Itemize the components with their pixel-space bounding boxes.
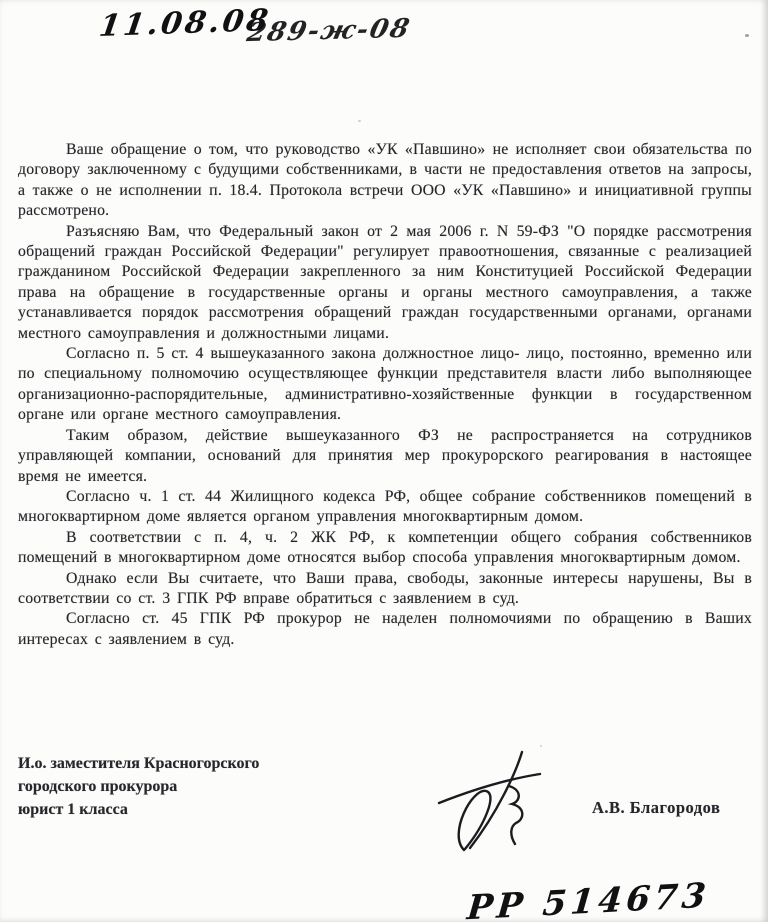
signatory-title: И.о. заместителя Красногорского городско…	[18, 752, 259, 821]
paragraph-prosecutor-powers: Согласно ст. 45 ГПК РФ прокурор не надел…	[18, 609, 752, 650]
handwritten-reference-number: 289-ж-08	[244, 14, 414, 48]
scan-edge-shadow	[760, 0, 768, 922]
paragraph-housing-code-competence: В соответствии с п. 4, ч. 2 ЖК РФ, к ком…	[18, 528, 752, 569]
scanned-letter-page: 11.08.08 289-ж-08 Ваше обращение о том, …	[0, 0, 768, 922]
signatory-name: А.В. Благородов	[592, 798, 720, 818]
paragraph-law-59fz-explanation: Разъясняю Вам, что Федеральный закон от …	[18, 222, 752, 344]
paragraph-right-to-court: Однако если Вы считаете, что Ваши права,…	[18, 569, 752, 610]
scan-speck	[540, 745, 542, 747]
letter-body: Ваше обращение о том, что руководство «У…	[18, 140, 752, 650]
paragraph-official-definition: Согласно п. 5 ст. 4 вышеуказанного закон…	[18, 344, 752, 426]
scan-speck	[358, 120, 361, 122]
scan-speck	[745, 34, 749, 37]
handwritten-bottom-number: РР 514673	[466, 876, 712, 922]
handwritten-signature-icon	[432, 746, 557, 858]
paragraph-complaint-summary: Ваше обращение о том, что руководство «У…	[18, 140, 752, 222]
signatory-title-line-1: И.о. заместителя Красногорского	[18, 752, 259, 775]
signatory-title-line-3: юрист 1 класса	[18, 798, 259, 821]
paragraph-no-grounds-conclusion: Таким образом, действие вышеуказанного Ф…	[18, 426, 752, 487]
signatory-title-line-2: городского прокурора	[18, 775, 259, 798]
paragraph-housing-code-art44: Согласно ч. 1 ст. 44 Жилищного кодекса Р…	[18, 487, 752, 528]
